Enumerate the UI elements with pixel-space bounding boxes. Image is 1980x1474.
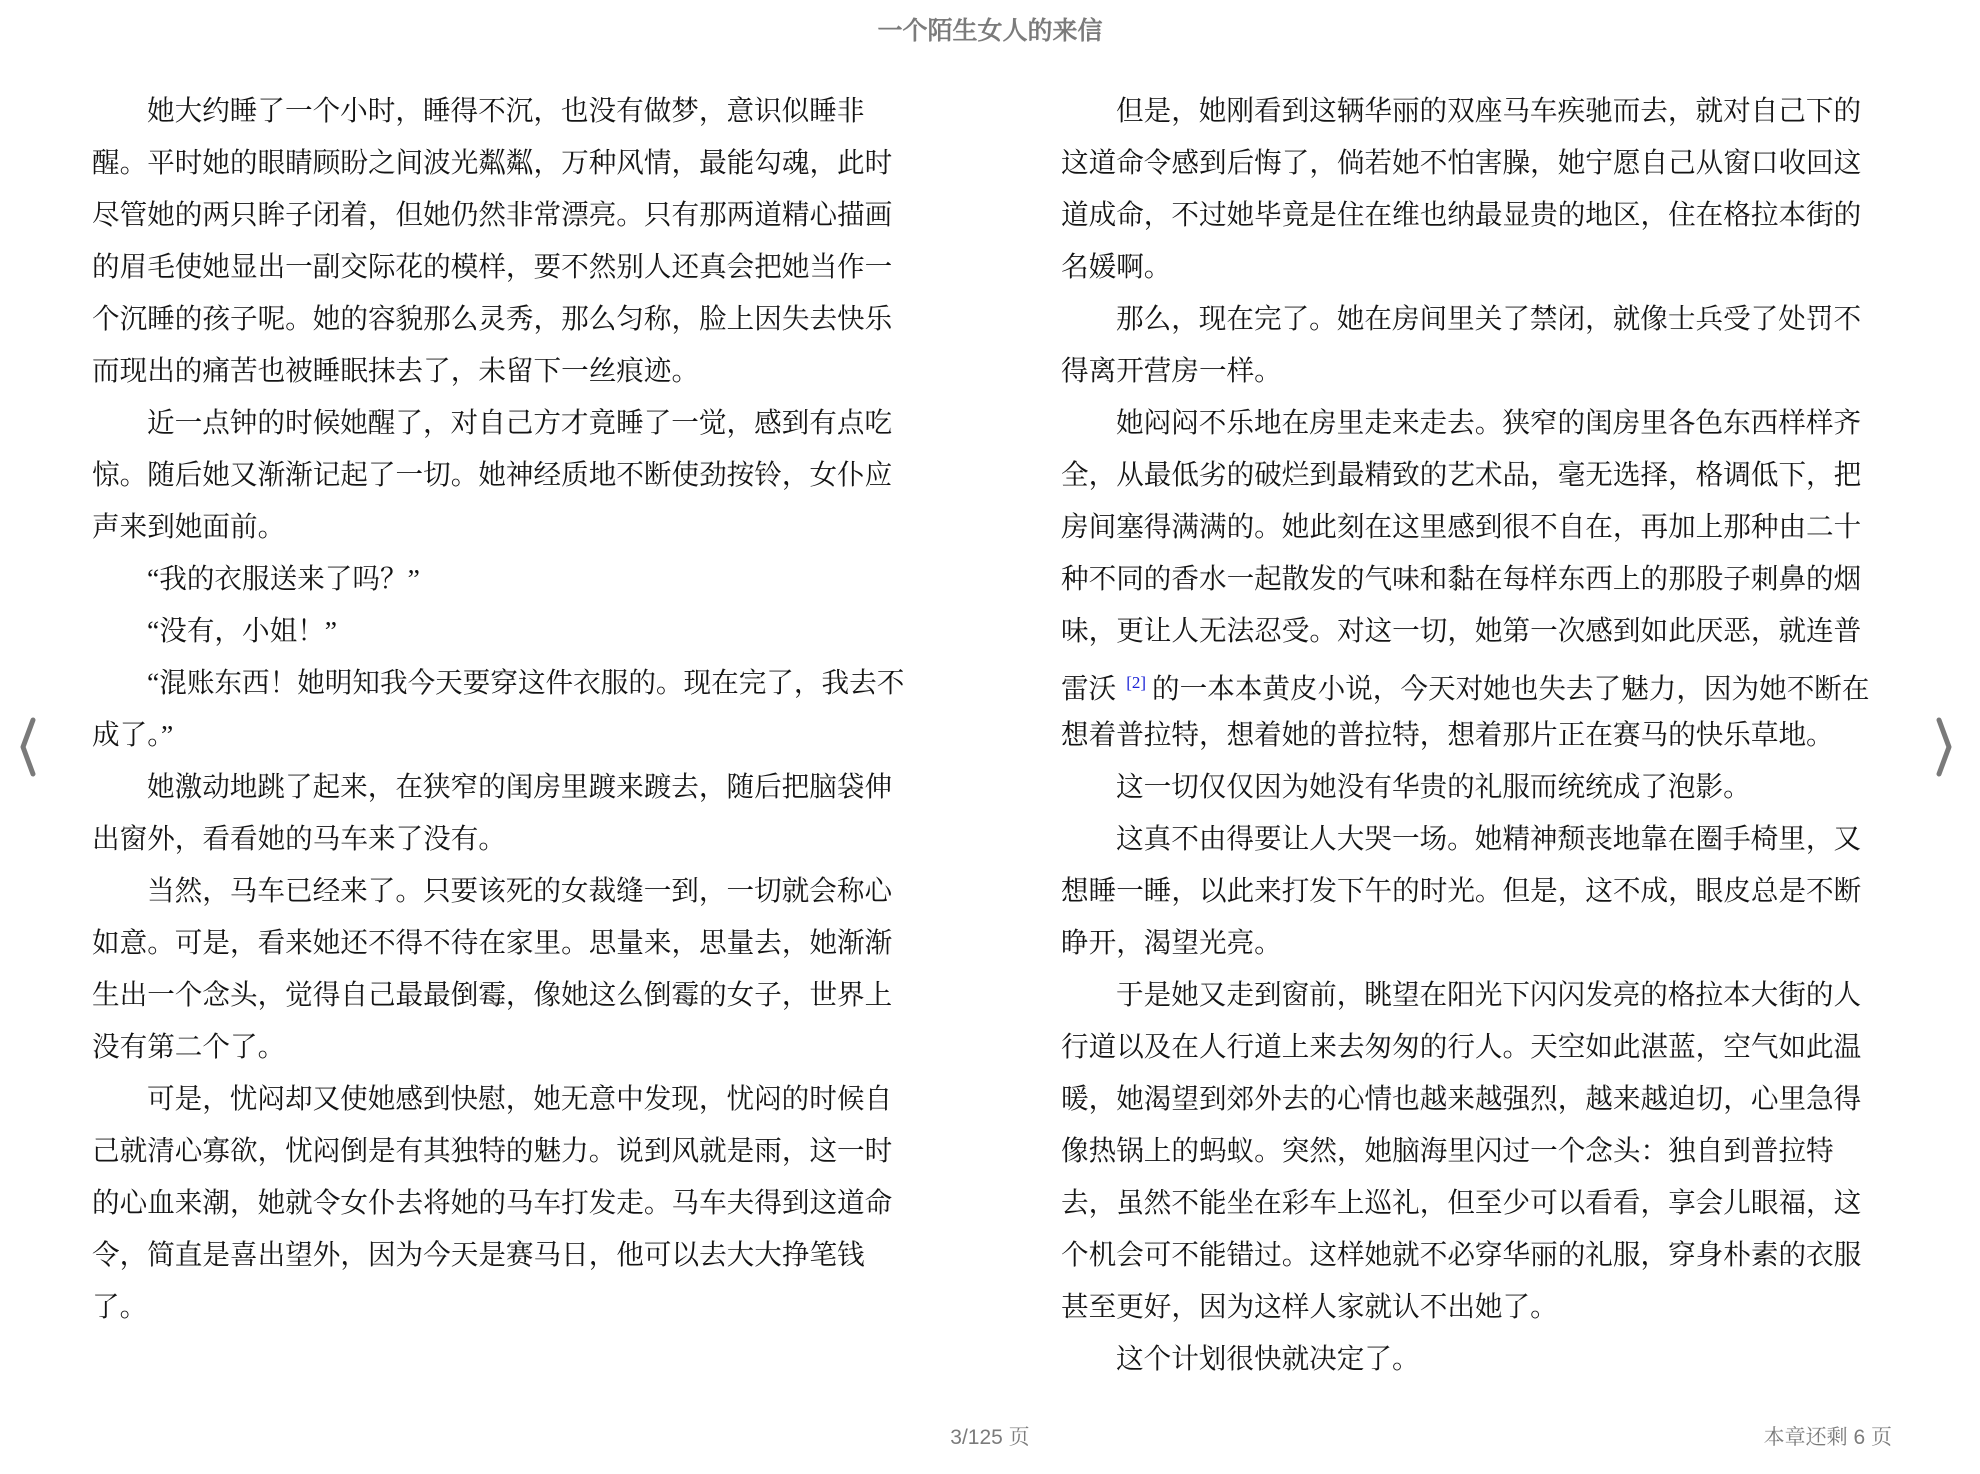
text-line: 这真不由得要让人大哭一场。她精神颓丧地靠在圈手椅里，又 [1061, 813, 1891, 865]
text-line: 可是，忧闷却又使她感到快慰，她无意中发现，忧闷的时候自 [92, 1073, 922, 1125]
text-line: 醒。平时她的眼睛顾盼之间波光粼粼，万种风情，最能勾魂，此时 [92, 137, 922, 189]
line-text: 近一点钟的时候她醒了，对自己方才竟睡了一觉，感到有点吃 [147, 407, 892, 438]
line-text: 想睡一睡，以此来打发下午的时光。但是，这不成，眼皮总是不断 [1061, 875, 1861, 906]
line-text: 令，简直是喜出望外，因为今天是赛马日，他可以去大大挣笔钱 [92, 1239, 865, 1270]
text-line: 己就清心寡欲，忧闷倒是有其独特的魅力。说到风就是雨，这一时 [92, 1125, 922, 1177]
book-title: 一个陌生女人的来信 [0, 14, 1980, 48]
line-text: 当然，马车已经来了。只要该死的女裁缝一到，一切就会称心 [147, 875, 892, 906]
line-text: 那么，现在完了。她在房间里关了禁闭，就像士兵受了处罚不 [1116, 303, 1861, 334]
text-line: 个机会可不能错过。这样她就不必穿华丽的礼服，穿身朴素的衣服 [1061, 1229, 1891, 1281]
line-text: 味，更让人无法忍受。对这一切，她第一次感到如此厌恶，就连普 [1061, 615, 1861, 646]
text-line: 得离开营房一样。 [1061, 345, 1891, 397]
line-text: 出窗外，看看她的马车来了没有。 [92, 823, 506, 854]
line-text: 惊。随后她又渐渐记起了一切。她神经质地不断使劲按铃，女仆应 [92, 459, 892, 490]
line-text: “我的衣服送来了吗？” [147, 563, 420, 594]
text-line: 成了。” [92, 709, 922, 761]
line-text: 而现出的痛苦也被睡眠抹去了，未留下一丝痕迹。 [92, 355, 699, 386]
text-line: “没有，小姐！” [92, 605, 922, 657]
text-line: 全，从最低劣的破烂到最精致的艺术品，毫无选择，格调低下，把 [1061, 449, 1891, 501]
text-line: 如意。可是，看来她还不得不待在家里。思量来，思量去，她渐渐 [92, 917, 922, 969]
chevron-right-icon [1924, 712, 1964, 782]
page-indicator: 3/125 页 [0, 1424, 1980, 1452]
next-page-button[interactable] [1924, 712, 1964, 782]
text-line: 近一点钟的时候她醒了，对自己方才竟睡了一觉，感到有点吃 [92, 397, 922, 449]
line-text: 没有第二个了。 [92, 1031, 285, 1062]
text-line: 房间塞得满满的。她此刻在这里感到很不自在，再加上那种由二十 [1061, 501, 1891, 553]
line-text: 但是，她刚看到这辆华丽的双座马车疾驰而去，就对自己下的 [1116, 95, 1861, 126]
line-text: 想着普拉特，想着她的普拉特，想着那片正在赛马的快乐草地。 [1061, 719, 1834, 750]
line-text: 像热锅上的蚂蚁。突然，她脑海里闪过一个念头：独自到普拉特 [1061, 1135, 1834, 1166]
line-text: 的心血来潮，她就令女仆去将她的马车打发走。马车夫得到这道命 [92, 1187, 892, 1218]
line-text: 雷沃 [1061, 673, 1116, 704]
text-line: 想睡一睡，以此来打发下午的时光。但是，这不成，眼皮总是不断 [1061, 865, 1891, 917]
line-text: 的眉毛使她显出一副交际花的模样，要不然别人还真会把她当作一 [92, 251, 892, 282]
line-text: 这一切仅仅因为她没有华贵的礼服而统统成了泡影。 [1116, 771, 1751, 802]
text-line: 个沉睡的孩子呢。她的容貌那么灵秀，那么匀称，脸上因失去快乐 [92, 293, 922, 345]
text-line: 的眉毛使她显出一副交际花的模样，要不然别人还真会把她当作一 [92, 241, 922, 293]
text-line: 像热锅上的蚂蚁。突然，她脑海里闪过一个念头：独自到普拉特 [1061, 1125, 1891, 1177]
left-page: 她大约睡了一个小时，睡得不沉，也没有做梦，意识似睡非醒。平时她的眼睛顾盼之间波光… [92, 85, 922, 1333]
line-text: 可是，忧闷却又使她感到快慰，她无意中发现，忧闷的时候自 [147, 1083, 892, 1114]
text-line: “我的衣服送来了吗？” [92, 553, 922, 605]
line-text: 声来到她面前。 [92, 511, 285, 542]
line-text: 种不同的香水一起散发的气味和黏在每样东西上的那股子刺鼻的烟 [1061, 563, 1861, 594]
text-line: 睁开，渴望光亮。 [1061, 917, 1891, 969]
text-line: 出窗外，看看她的马车来了没有。 [92, 813, 922, 865]
line-text: 甚至更好，因为这样人家就认不出她了。 [1061, 1291, 1558, 1322]
text-line: 暖，她渴望到郊外去的心情也越来越强烈，越来越迫切，心里急得 [1061, 1073, 1891, 1125]
text-line: 声来到她面前。 [92, 501, 922, 553]
line-text: 这真不由得要让人大哭一场。她精神颓丧地靠在圈手椅里，又 [1116, 823, 1861, 854]
line-text: 这道命令感到后悔了，倘若她不怕害臊，她宁愿自己从窗口收回这 [1061, 147, 1861, 178]
line-text: 得离开营房一样。 [1061, 355, 1282, 386]
text-line: 了。 [92, 1281, 922, 1333]
text-line: 想着普拉特，想着她的普拉特，想着那片正在赛马的快乐草地。 [1061, 709, 1891, 761]
line-text-after-footnote: 的一本本黄皮小说，今天对她也失去了魅力，因为她不断在 [1152, 673, 1869, 704]
text-line: 但是，她刚看到这辆华丽的双座马车疾驰而去，就对自己下的 [1061, 85, 1891, 137]
line-text: 她大约睡了一个小时，睡得不沉，也没有做梦，意识似睡非 [147, 95, 864, 126]
line-text: 道成命，不过她毕竟是住在维也纳最显贵的地区，住在格拉本街的 [1061, 199, 1861, 230]
line-text: 尽管她的两只眸子闭着，但她仍然非常漂亮。只有那两道精心描画 [92, 199, 892, 230]
line-text: 这个计划很快就决定了。 [1116, 1343, 1420, 1374]
footnote-link[interactable]: [2] [1126, 673, 1146, 692]
line-text: 房间塞得满满的。她此刻在这里感到很不自在，再加上那种由二十 [1061, 511, 1861, 542]
line-text: 全，从最低劣的破烂到最精致的艺术品，毫无选择，格调低下，把 [1061, 459, 1861, 490]
text-line: 于是她又走到窗前，眺望在阳光下闪闪发亮的格拉本大街的人 [1061, 969, 1891, 1021]
line-text: 如意。可是，看来她还不得不待在家里。思量来，思量去，她渐渐 [92, 927, 892, 958]
text-line: 而现出的痛苦也被睡眠抹去了，未留下一丝痕迹。 [92, 345, 922, 397]
chevron-left-icon [8, 712, 48, 782]
line-text: 成了。” [92, 719, 173, 750]
text-line: 当然，马车已经来了。只要该死的女裁缝一到，一切就会称心 [92, 865, 922, 917]
text-line: 行道以及在人行道上来去匆匆的行人。天空如此湛蓝，空气如此温 [1061, 1021, 1891, 1073]
text-line: 这道命令感到后悔了，倘若她不怕害臊，她宁愿自己从窗口收回这 [1061, 137, 1891, 189]
line-text: 个机会可不能错过。这样她就不必穿华丽的礼服，穿身朴素的衣服 [1061, 1239, 1861, 1270]
line-text: 个沉睡的孩子呢。她的容貌那么灵秀，那么匀称，脸上因失去快乐 [92, 303, 892, 334]
text-line: 去，虽然不能坐在彩车上巡礼，但至少可以看看，享会儿眼福，这 [1061, 1177, 1891, 1229]
line-text: “没有，小姐！” [147, 615, 337, 646]
text-line: 尽管她的两只眸子闭着，但她仍然非常漂亮。只有那两道精心描画 [92, 189, 922, 241]
line-text: 她闷闷不乐地在房里走来走去。狭窄的闺房里各色东西样样齐 [1116, 407, 1861, 438]
line-text: 了。 [92, 1291, 147, 1322]
text-line: 味，更让人无法忍受。对这一切，她第一次感到如此厌恶，就连普 [1061, 605, 1891, 657]
text-line: 令，简直是喜出望外，因为今天是赛马日，他可以去大大挣笔钱 [92, 1229, 922, 1281]
text-line: 这个计划很快就决定了。 [1061, 1333, 1891, 1385]
right-page: 但是，她刚看到这辆华丽的双座马车疾驰而去，就对自己下的这道命令感到后悔了，倘若她… [1061, 85, 1891, 1385]
text-line: 她大约睡了一个小时，睡得不沉，也没有做梦，意识似睡非 [92, 85, 922, 137]
text-line: “混账东西！她明知我今天要穿这件衣服的。现在完了，我去不 [92, 657, 922, 709]
text-line: 生出一个念头，觉得自己最最倒霉，像她这么倒霉的女子，世界上 [92, 969, 922, 1021]
line-text: 她激动地跳了起来，在狭窄的闺房里踱来踱去，随后把脑袋伸 [147, 771, 892, 802]
previous-page-button[interactable] [8, 712, 48, 782]
text-line: 名媛啊。 [1061, 241, 1891, 293]
line-text: 于是她又走到窗前，眺望在阳光下闪闪发亮的格拉本大街的人 [1116, 979, 1861, 1010]
line-text: 名媛啊。 [1061, 251, 1171, 282]
line-text: 醒。平时她的眼睛顾盼之间波光粼粼，万种风情，最能勾魂，此时 [92, 147, 892, 178]
text-line: 她激动地跳了起来，在狭窄的闺房里踱来踱去，随后把脑袋伸 [92, 761, 922, 813]
text-line: 她闷闷不乐地在房里走来走去。狭窄的闺房里各色东西样样齐 [1061, 397, 1891, 449]
line-text: 行道以及在人行道上来去匆匆的行人。天空如此湛蓝，空气如此温 [1061, 1031, 1861, 1062]
text-line: 这一切仅仅因为她没有华贵的礼服而统统成了泡影。 [1061, 761, 1891, 813]
line-text: 睁开，渴望光亮。 [1061, 927, 1282, 958]
text-line: 甚至更好，因为这样人家就认不出她了。 [1061, 1281, 1891, 1333]
text-line: 没有第二个了。 [92, 1021, 922, 1073]
text-line: 的心血来潮，她就令女仆去将她的马车打发走。马车夫得到这道命 [92, 1177, 922, 1229]
chapter-remaining-pages: 本章还剩 6 页 [1764, 1424, 1892, 1452]
line-text: 暖，她渴望到郊外去的心情也越来越强烈，越来越迫切，心里急得 [1061, 1083, 1861, 1114]
line-text: “混账东西！她明知我今天要穿这件衣服的。现在完了，我去不 [147, 667, 904, 698]
line-text: 生出一个念头，觉得自己最最倒霉，像她这么倒霉的女子，世界上 [92, 979, 892, 1010]
text-line: 种不同的香水一起散发的气味和黏在每样东西上的那股子刺鼻的烟 [1061, 553, 1891, 605]
text-line: 惊。随后她又渐渐记起了一切。她神经质地不断使劲按铃，女仆应 [92, 449, 922, 501]
text-line: 那么，现在完了。她在房间里关了禁闭，就像士兵受了处罚不 [1061, 293, 1891, 345]
text-line: 雷沃[2]的一本本黄皮小说，今天对她也失去了魅力，因为她不断在 [1061, 657, 1891, 709]
text-line: 道成命，不过她毕竟是住在维也纳最显贵的地区，住在格拉本街的 [1061, 189, 1891, 241]
line-text: 去，虽然不能坐在彩车上巡礼，但至少可以看看，享会儿眼福，这 [1061, 1187, 1861, 1218]
line-text: 己就清心寡欲，忧闷倒是有其独特的魅力。说到风就是雨，这一时 [92, 1135, 892, 1166]
